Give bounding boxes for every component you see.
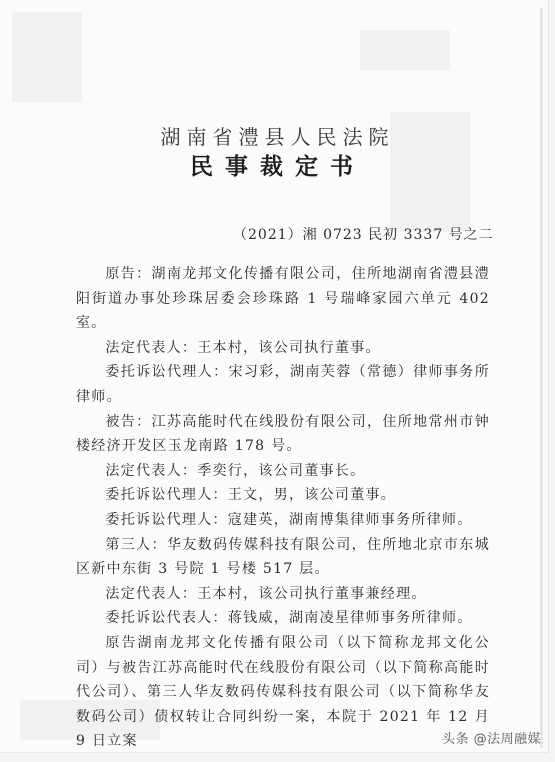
scanned-page: 湖南省澧县人民法院 民事裁定书 （2021）湘 0723 民初 3337 号之二… (0, 0, 549, 753)
document-title: 民事裁定书 (0, 148, 555, 181)
document-body: 原告：湖南龙邦文化传播有限公司，住所地湖南省澧县澧阳街道办事处珍珠居委会珍珠路 … (76, 262, 490, 754)
third-party-agent: 委托诉讼代表人：蒋钱威，湖南凌星律师事务所律师。 (76, 606, 490, 631)
defendant-paragraph: 被告：江苏高能时代在线股份有限公司，住所地常州市钟楼经济开发区玉龙南路 178 … (76, 410, 490, 459)
third-party-legal-rep: 法定代表人：王本村，该公司执行董事兼经理。 (76, 582, 490, 607)
plaintiff-legal-rep: 法定代表人：王本村，该公司执行董事。 (76, 336, 490, 361)
defendant-agent-1: 委托诉讼代理人：王文，男，该公司董事。 (76, 483, 490, 508)
bleed-through-artifact (360, 30, 450, 70)
court-name: 湖南省澧县人民法院 (0, 121, 555, 150)
source-watermark: 头条 @法周融媒 (442, 728, 541, 747)
defendant-agent-2: 委托诉讼代理人：寇建英，湖南博集律师事务所律师。 (76, 508, 490, 533)
defendant-legal-rep: 法定代表人：季奕行，该公司董事长。 (76, 459, 490, 484)
third-party-paragraph: 第三人：华友数码传媒科技有限公司，住所地北京市东城区新中东街 3 号院 1 号楼… (76, 533, 490, 582)
bleed-through-artifact (12, 12, 82, 102)
bleed-through-artifact (540, 8, 543, 748)
plaintiff-paragraph: 原告：湖南龙邦文化传播有限公司，住所地湖南省澧县澧阳街道办事处珍珠居委会珍珠路 … (76, 262, 490, 336)
case-summary-paragraph: 原告湖南龙邦文化传播有限公司（以下简称龙邦文化公司）与被告江苏高能时代在线股份有… (76, 631, 490, 754)
plaintiff-agent: 委托诉讼代理人：宋习彩，湖南芙蓉（常德）律师事务所律师。 (76, 360, 490, 409)
case-number: （2021）湘 0723 民初 3337 号之二 (233, 224, 494, 244)
